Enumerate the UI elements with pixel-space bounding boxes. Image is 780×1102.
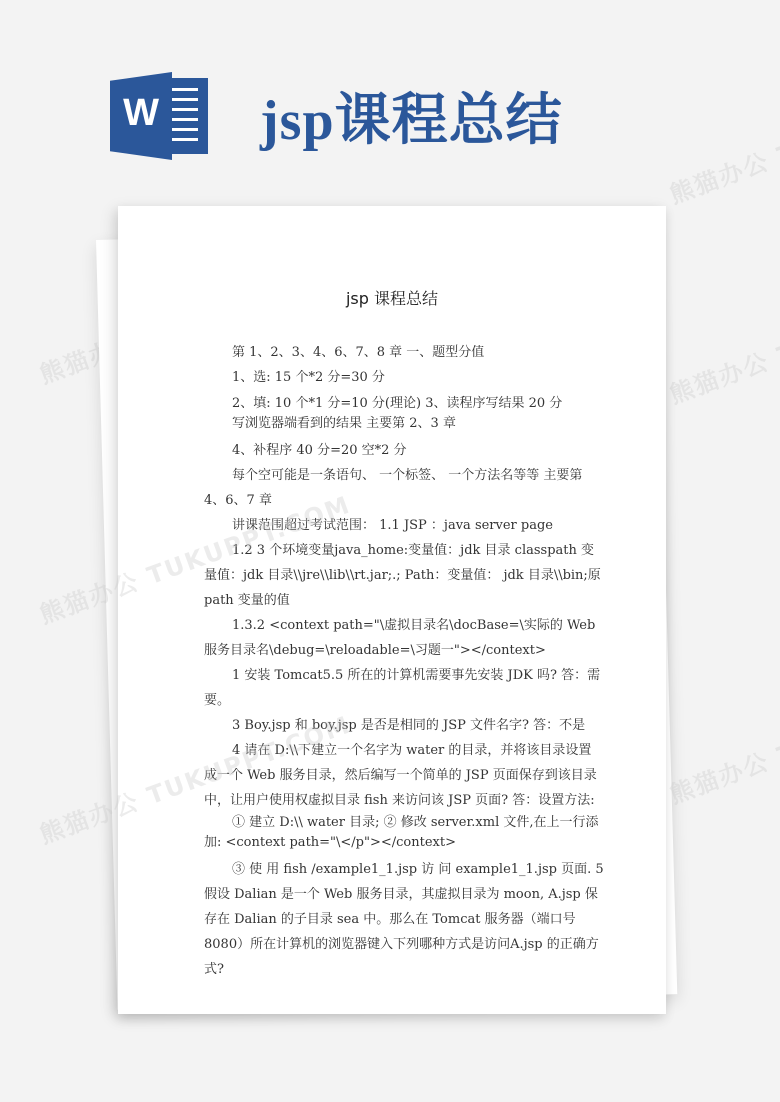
paragraph: 每个空可能是一条语句、 一个标签、 一个方法名等等 主要第 4、6、7 章 bbox=[204, 463, 604, 513]
header-banner: W jsp课程总结 bbox=[108, 66, 563, 166]
paragraph: 4 请在 D:\\下建立一个名字为 water 的目录，并将该目录设置成一个 W… bbox=[204, 738, 604, 813]
watermark: 熊猫办公 TUKUPPT.COM bbox=[664, 65, 780, 210]
word-document-icon: W bbox=[108, 66, 208, 166]
paragraph: 1.2 3 个环境变量java_home:变量值：jdk 目录 classpat… bbox=[204, 538, 604, 613]
document-body: 第 1、2、3、4、6、7、8 章 一、题型分值 1、选: 15 个*2 分=3… bbox=[204, 340, 604, 982]
watermark: 熊猫办公 TUKUPPT.COM bbox=[664, 265, 780, 410]
banner-title: jsp课程总结 bbox=[260, 76, 563, 156]
document-page: jsp 课程总结 第 1、2、3、4、6、7、8 章 一、题型分值 1、选: 1… bbox=[118, 206, 666, 1014]
paragraph: 2、填: 10 个*1 分=10 分(理论) 3、读程序写结果 20 分 bbox=[204, 394, 604, 414]
paragraph: 讲课范围超过考试范围： 1.1 JSP ：java server page bbox=[204, 513, 604, 538]
paragraph: 1.3.2 <context path="\虚拟目录名\docBase=\实际的… bbox=[204, 613, 604, 663]
paragraph: 3 Boy.jsp 和 boy.jsp 是否是相同的 JSP 文件名字? 答：不… bbox=[204, 713, 604, 738]
paragraph: 1、选: 15 个*2 分=30 分 bbox=[204, 365, 604, 390]
paragraph: ① 建立 D:\\ water 目录; ② 修改 server.xml 文件,在… bbox=[204, 813, 604, 853]
paragraph: ③ 使 用 fish /example1_1.jsp 访 问 example1_… bbox=[204, 857, 604, 982]
watermark: 熊猫办公 TUKUPPT.COM bbox=[664, 665, 780, 810]
paragraph: 1 安装 Tomcat5.5 所在的计算机需要事先安装 JDK 吗? 答：需要。 bbox=[204, 663, 604, 713]
word-icon-letter: W bbox=[116, 92, 166, 135]
paragraph: 4、补程序 40 分=20 空*2 分 bbox=[204, 438, 604, 463]
document-title: jsp 课程总结 bbox=[118, 286, 666, 309]
paragraph: 写浏览器端看到的结果 主要第 2、3 章 bbox=[204, 414, 604, 434]
paragraph: 第 1、2、3、4、6、7、8 章 一、题型分值 bbox=[204, 340, 604, 365]
